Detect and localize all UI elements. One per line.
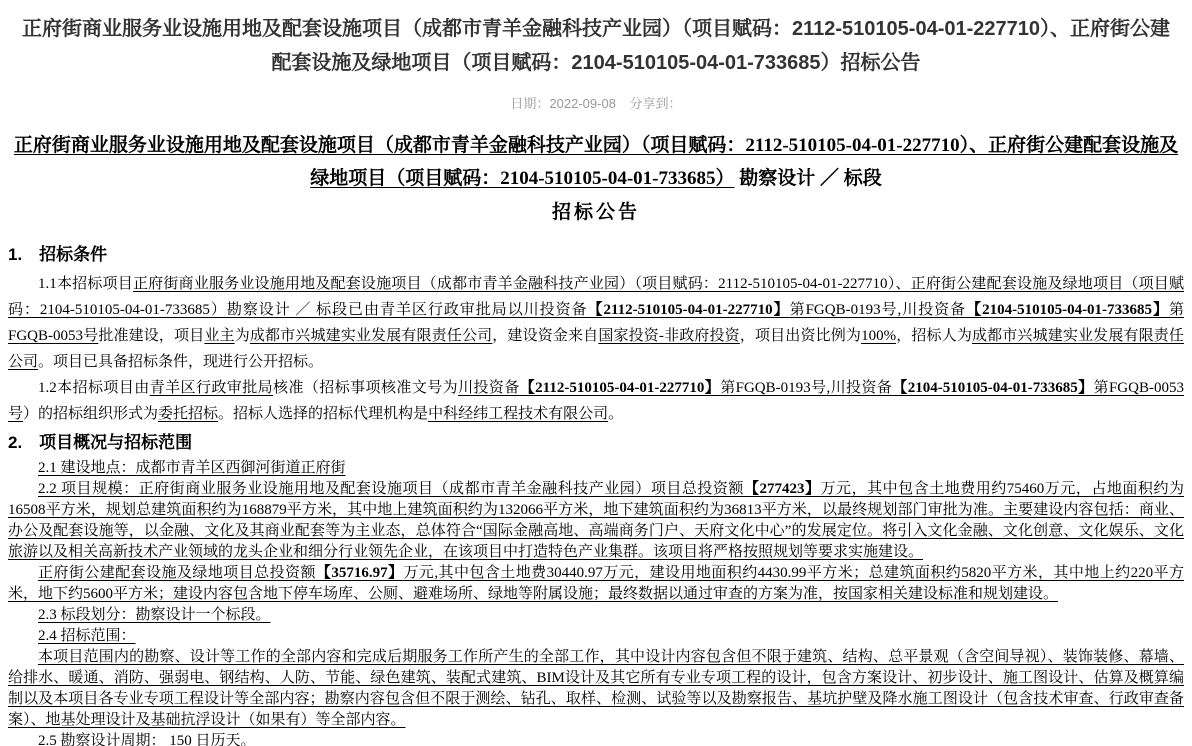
para-2-5: 2.5 勘察设计周期： 150 日历天。 <box>8 731 1184 746</box>
para-2-3: 2.3 标段划分：勘察设计一个标段。 <box>8 605 1184 626</box>
text-segment: 【2104-510105-04-01-733685】 <box>892 380 1093 396</box>
para-2-2a: 2.2 项目规模：正府街商业服务业设施用地及配套设施项目（成都市青羊金融科技产业… <box>8 479 1184 563</box>
text-segment: 100% <box>861 328 896 344</box>
text-segment: 2.1 建设地点：成都市青羊区西御河街道正府街 <box>38 460 346 476</box>
text-segment: 【2104-510105-04-01-733685】 <box>966 302 1169 318</box>
text-segment: 。 <box>608 406 623 422</box>
text-segment: 2.3 标段划分：勘察设计一个标段。 <box>38 607 271 623</box>
text-segment: 青羊区行政审批局 <box>150 380 273 396</box>
text-segment: 批准建设，项目 <box>98 328 204 344</box>
tender-announcement-page: 正府街商业服务业设施用地及配套设施项目（成都市青羊金融科技产业园）（项目赋码：2… <box>0 0 1192 746</box>
para-2-4-body: 本项目范围内的勘察、设计等工作的全部内容和完成后期服务工作所产生的全部工作，其中… <box>8 647 1184 731</box>
text-segment: 【2112-510105-04-01-227710】 <box>588 302 790 318</box>
publish-date: 日期：2022-09-08 <box>510 96 616 111</box>
text-segment: 。项目已具备招标条件，现进行公开招标。 <box>38 354 323 370</box>
para-2-4: 2.4 招标范围： <box>8 626 1184 647</box>
text-segment: ，建设资金来自 <box>492 328 598 344</box>
para-1-1: 1.1本招标项目正府街商业服务业设施用地及配套设施项目（成都市青羊金融科技产业园… <box>8 271 1184 375</box>
section-1-heading: 1. 招标条件 <box>8 243 1184 267</box>
section-2-heading: 2. 项目概况与招标范围 <box>8 431 1184 455</box>
text-segment: 2.2 项目规模：正府街商业服务业设施用地及配套设施项目（成都市青羊金融科技产业… <box>38 481 744 497</box>
text-segment: 委托招标 <box>158 406 218 422</box>
text-segment: 正府街公建配套设施及绿地项目总投资额 <box>38 565 316 581</box>
text-segment: 第FGQB-0193号,川投资备 <box>720 380 892 396</box>
text-segment: 成都市兴城建实业发展有限责任公司 <box>250 328 492 344</box>
text-segment: 本项目范围内的勘察、设计等工作的全部内容和完成后期服务工作所产生的全部工作，其中… <box>8 649 1184 728</box>
text-segment: ）的招标组织形式为 <box>23 406 158 422</box>
text-segment: 第FGQB-0193号,川投资备 <box>790 302 967 318</box>
document-title: 正府街商业服务业设施用地及配套设施项目（成都市青羊金融科技产业园）（项目赋码：2… <box>8 129 1184 195</box>
text-segment: 国家投资-非政府投资 <box>598 328 740 344</box>
text-segment: 1.1本招标项目 <box>38 276 133 292</box>
text-segment: ，招标人为 <box>896 328 972 344</box>
document-subtitle: 招标公告 <box>8 196 1184 229</box>
text-segment: 。招标人选择的招标代理机构是 <box>218 406 428 422</box>
text-segment: 【35716.97】 <box>316 565 404 581</box>
dateline: 日期：2022-09-08 分享到： <box>0 93 1192 112</box>
document-body: 正府街商业服务业设施用地及配套设施项目（成都市青羊金融科技产业园）（项目赋码：2… <box>0 129 1192 746</box>
text-segment: 业主 <box>204 328 234 344</box>
text-segment: 1.2本招标项目由 <box>38 380 150 396</box>
text-segment: 中科经纬工程技术有限公司 <box>428 406 608 422</box>
text-segment: 【277423】 <box>744 481 821 497</box>
text-segment: 为 <box>235 328 250 344</box>
document-title-project-name: 正府街商业服务业设施用地及配套设施项目（成都市青羊金融科技产业园）（项目赋码：2… <box>14 135 1178 189</box>
page-title: 正府街商业服务业设施用地及配套设施项目（成都市青羊金融科技产业园）（项目赋码：2… <box>0 0 1192 80</box>
para-1-2: 1.2本招标项目由青羊区行政审批局核准（招标事项核准文号为川投资备【2112-5… <box>8 375 1184 427</box>
text-segment: 2.5 勘察设计周期： 150 日历天。 <box>38 733 256 746</box>
text-segment: 核准（招标事项核准文号为 <box>273 380 458 396</box>
text-segment: 2.4 招标范围： <box>38 628 136 644</box>
para-2-1: 2.1 建设地点：成都市青羊区西御河街道正府街 <box>8 458 1184 479</box>
text-segment: 川投资备 <box>458 380 520 396</box>
share-to-label[interactable]: 分享到： <box>630 96 682 111</box>
text-segment: ，项目出资比例为 <box>740 328 861 344</box>
text-segment: 【2112-510105-04-01-227710】 <box>520 380 720 396</box>
para-2-2b: 正府街公建配套设施及绿地项目总投资额【35716.97】万元,其中包含土地费30… <box>8 563 1184 605</box>
document-title-tail: 勘察设计 ／ 标段 <box>735 168 882 189</box>
